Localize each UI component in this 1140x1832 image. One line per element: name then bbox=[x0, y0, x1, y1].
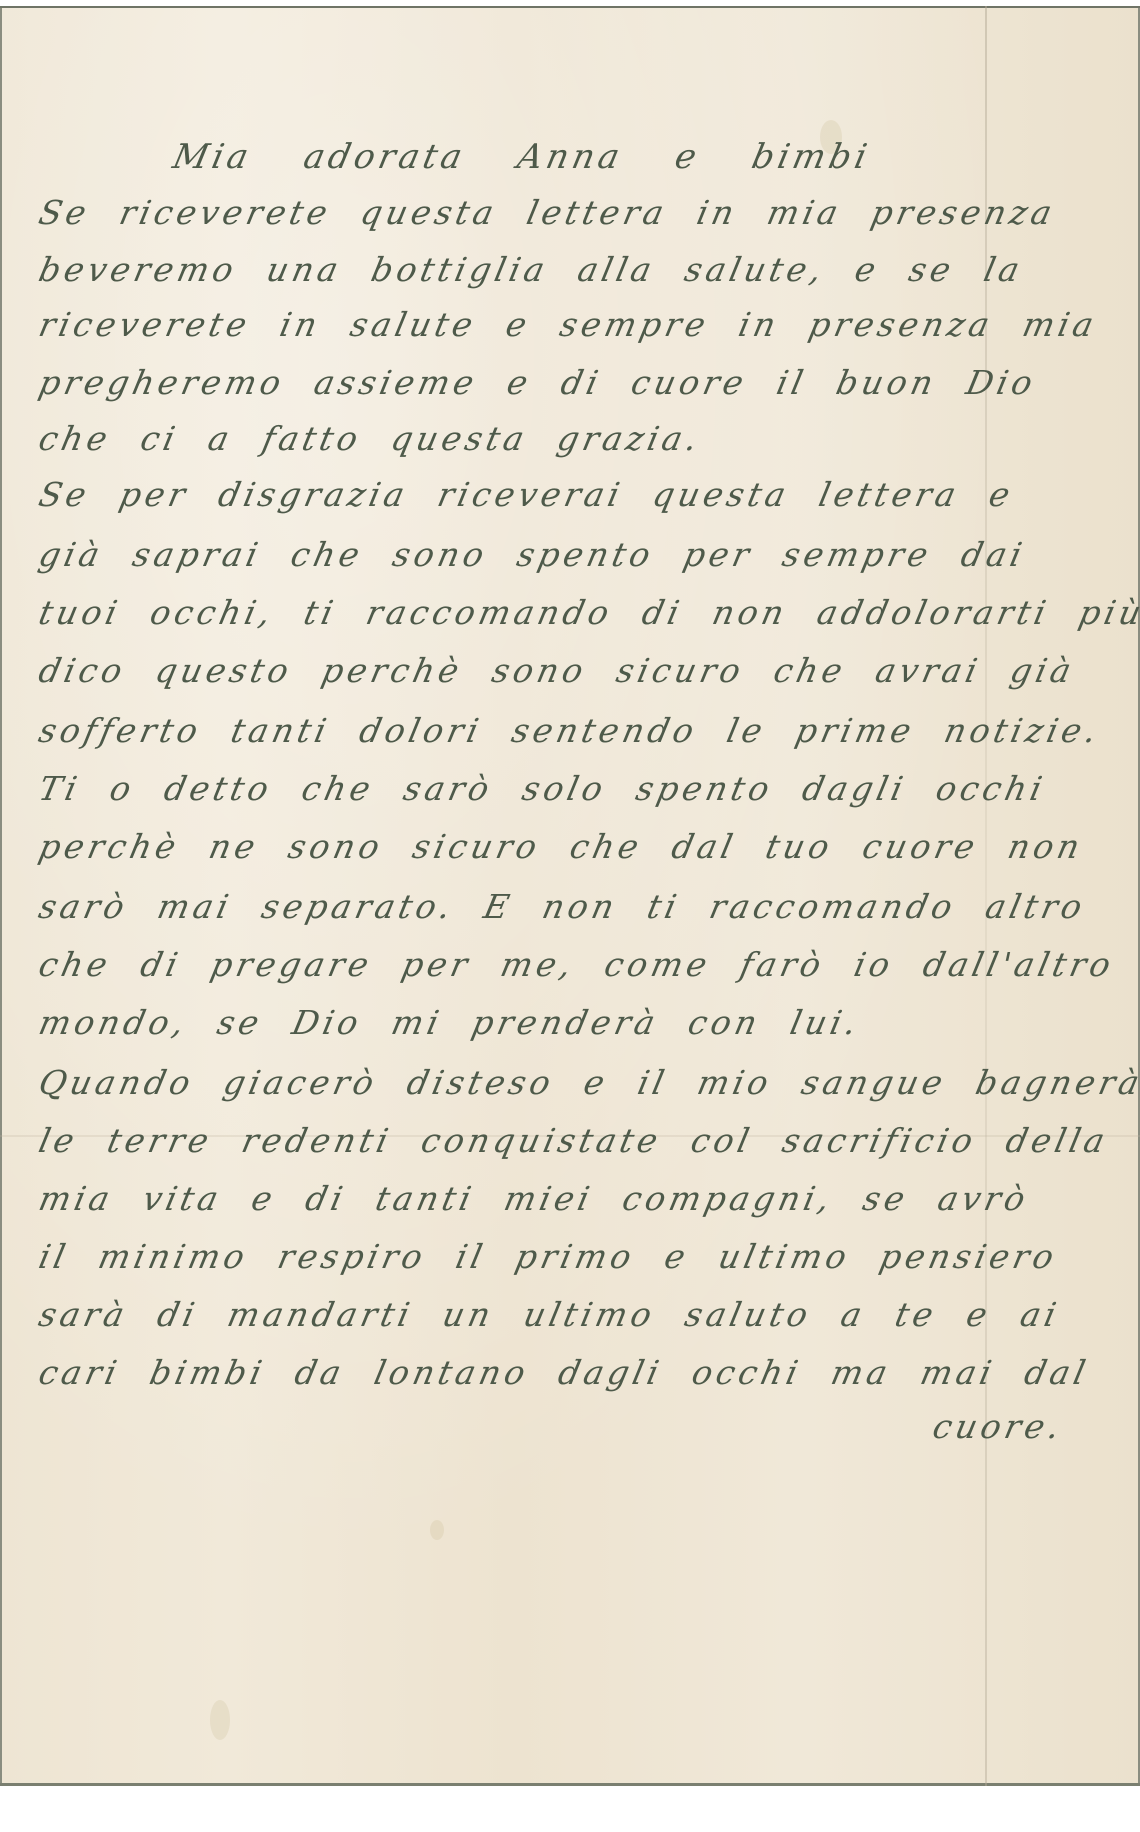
letter-line: pregheremo assieme e di cuore il buon Di… bbox=[36, 366, 1127, 399]
paper-stain bbox=[210, 1700, 230, 1740]
letter-line: riceverete in salute e sempre in presenz… bbox=[36, 308, 1127, 341]
letter-line: cari bimbi da lontano dagli occhi ma mai… bbox=[36, 1356, 1127, 1389]
letter-line: dico questo perchè sono sicuro che avrai… bbox=[36, 654, 1127, 687]
paper-stain bbox=[430, 1520, 444, 1540]
letter-line: sofferto tanti dolori sentendo le prime … bbox=[36, 714, 1127, 747]
letter-line: mondo, se Dio mi prenderà con lui. bbox=[36, 1006, 1127, 1039]
letter-line: le terre redenti conquistate col sacrifi… bbox=[36, 1124, 1127, 1157]
letter-line: che ci a fatto questa grazia. bbox=[36, 422, 1127, 455]
letter-line: tuoi occhi, ti raccomando di non addolor… bbox=[36, 596, 1127, 629]
letter-line: Ti o detto che sarò solo spento dagli oc… bbox=[36, 772, 1127, 805]
letter-line: Se per disgrazia riceverai questa letter… bbox=[36, 478, 1127, 511]
letter-line: Quando giacerò disteso e il mio sangue b… bbox=[36, 1066, 1127, 1099]
letter-line: Se riceverete questa lettera in mia pres… bbox=[36, 196, 1127, 229]
letter-line: il minimo respiro il primo e ultimo pens… bbox=[36, 1240, 1127, 1273]
letter-line: mia vita e di tanti miei compagni, se av… bbox=[36, 1182, 1127, 1215]
letter-line: sarò mai separato. E non ti raccomando a… bbox=[36, 890, 1127, 923]
letter-salutation: Mia adorata Anna e bimbi bbox=[170, 140, 1127, 174]
letter-line: che di pregare per me, come farò io dall… bbox=[36, 948, 1127, 981]
letter-line: sarà di mandarti un ultimo saluto a te e… bbox=[36, 1298, 1127, 1331]
letter-line: perchè ne sono sicuro che dal tuo cuore … bbox=[36, 830, 1127, 863]
letter-line: già saprai che sono spento per sempre da… bbox=[36, 538, 1127, 571]
letter-line: beveremo una bottiglia alla salute, e se… bbox=[36, 253, 1127, 286]
letter-closing: cuore. bbox=[930, 1410, 1127, 1443]
